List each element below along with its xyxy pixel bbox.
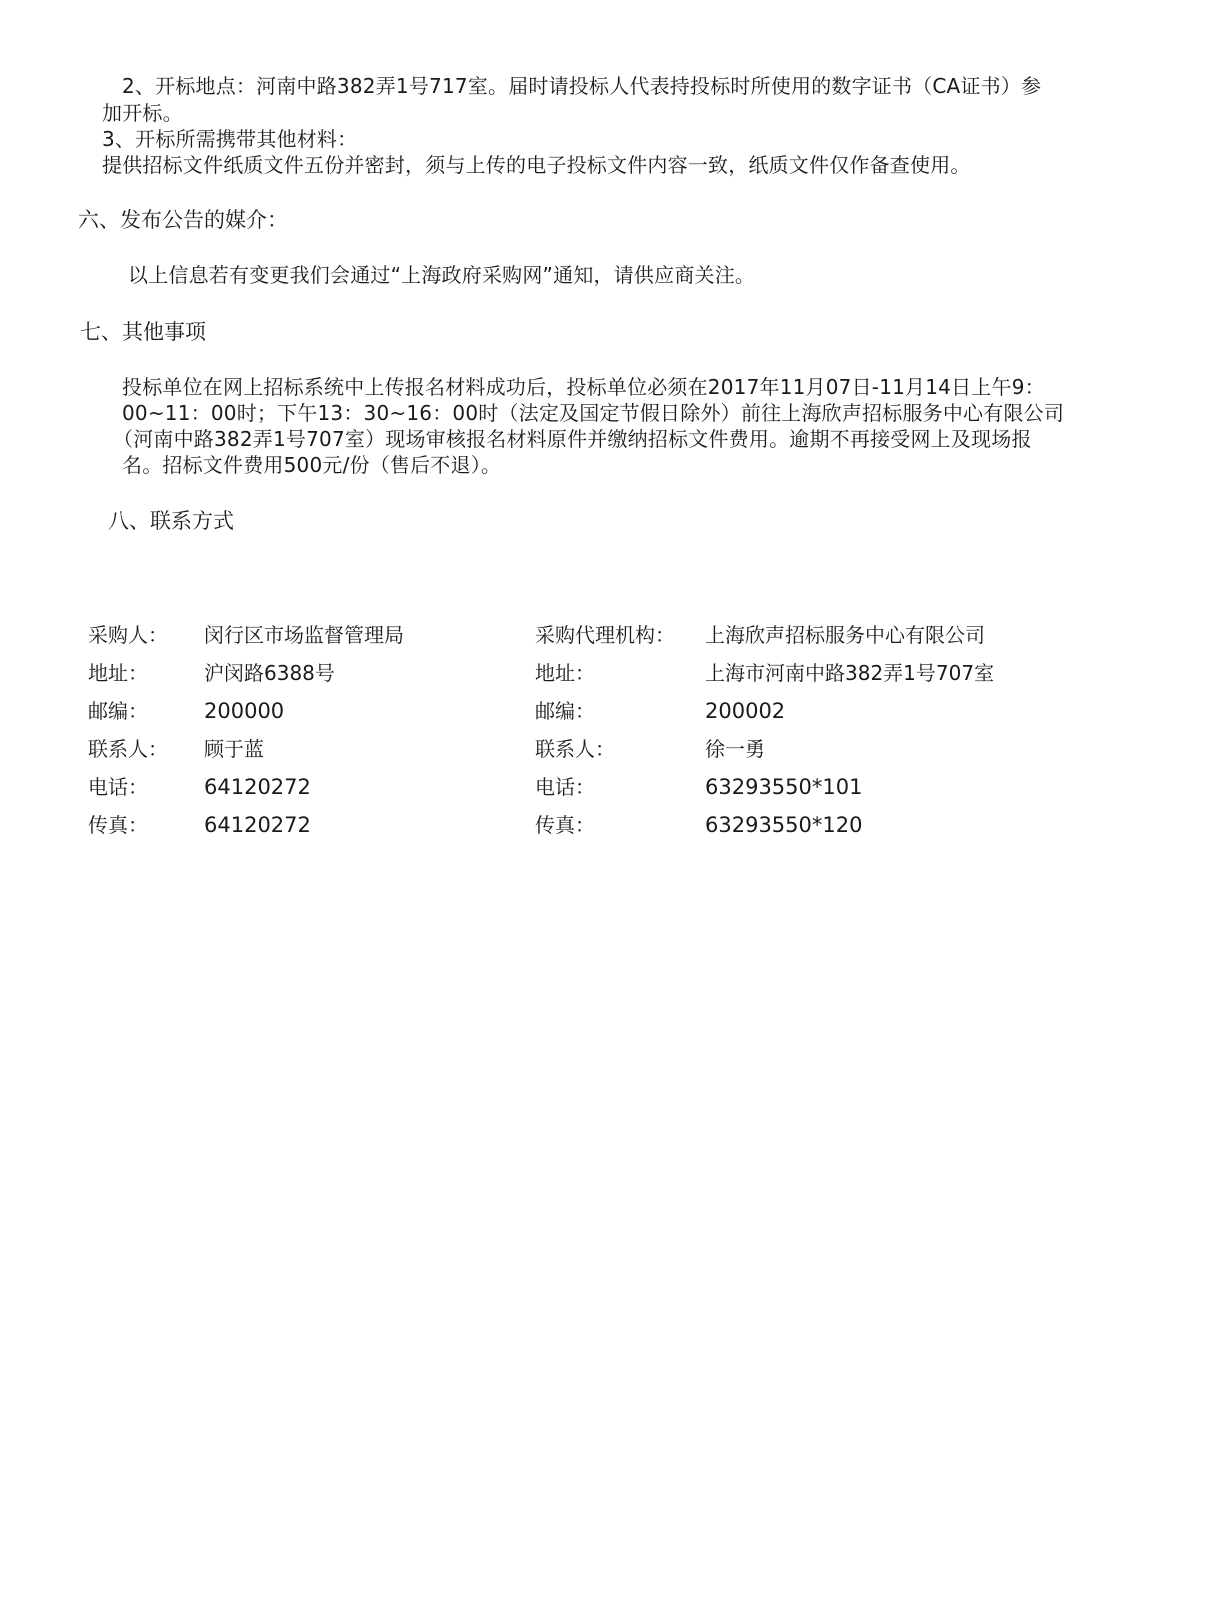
purchaser-row-postcode: 邮编： 200000 xyxy=(88,698,508,724)
purchaser-row-phone: 电话： 64120272 xyxy=(88,774,508,800)
fax-label: 传真： xyxy=(535,812,595,838)
contact-value: 顾于蓝 xyxy=(204,736,264,762)
section7-heading: 七、其他事项 xyxy=(80,318,206,346)
section7-line: （河南中路382弄1号707室）现场审核报名材料原件并缴纳招标文件费用。逾期不再… xyxy=(113,426,1032,452)
purchaser-label: 采购人： xyxy=(88,622,168,648)
fax-label: 传真： xyxy=(88,812,148,838)
address-value: 上海市河南中路382弄1号707室 xyxy=(705,660,994,686)
postcode-label: 邮编： xyxy=(88,698,148,724)
agency-label: 采购代理机构： xyxy=(535,622,675,648)
section7-line: 00~11：00时；下午13：30~16：00时（法定及国定节假日除外）前往上海… xyxy=(122,400,1064,426)
phone-value: 64120272 xyxy=(204,774,311,800)
address-label: 地址： xyxy=(535,660,595,686)
contact-label: 联系人： xyxy=(88,736,168,762)
purchaser-row-address: 地址： 沪闵路6388号 xyxy=(88,660,508,686)
fax-value: 64120272 xyxy=(204,812,311,838)
fax-value: 63293550*120 xyxy=(705,812,862,838)
contact-label: 联系人： xyxy=(535,736,615,762)
section8-heading: 八、联系方式 xyxy=(108,507,234,535)
postcode-value: 200000 xyxy=(204,698,284,724)
agency-row-name: 采购代理机构： 上海欣声招标服务中心有限公司 xyxy=(535,622,1055,648)
agency-value: 上海欣声招标服务中心有限公司 xyxy=(705,622,985,648)
agency-row-phone: 电话： 63293550*101 xyxy=(535,774,1055,800)
item3-title: 3、开标所需携带其他材料： xyxy=(102,126,357,152)
document-page: 2、开标地点：河南中路382弄1号717室。届时请投标人代表持投标时所使用的数字… xyxy=(0,0,1212,1600)
address-value: 沪闵路6388号 xyxy=(204,660,335,686)
agency-row-contact: 联系人： 徐一勇 xyxy=(535,736,1055,762)
postcode-value: 200002 xyxy=(705,698,785,724)
contact-value: 徐一勇 xyxy=(705,736,765,762)
item2-line2: 加开标。 xyxy=(102,100,183,126)
phone-label: 电话： xyxy=(88,774,148,800)
purchaser-row-name: 采购人： 闵行区市场监督管理局 xyxy=(88,622,508,648)
section7-line: 投标单位在网上招标系统中上传报名材料成功后，投标单位必须在2017年11月07日… xyxy=(122,374,1045,400)
section6-body: 以上信息若有变更我们会通过“上海政府采购网”通知，请供应商关注。 xyxy=(128,262,755,288)
purchaser-row-contact: 联系人： 顾于蓝 xyxy=(88,736,508,762)
agency-row-postcode: 邮编： 200002 xyxy=(535,698,1055,724)
agency-row-address: 地址： 上海市河南中路382弄1号707室 xyxy=(535,660,1055,686)
agency-row-fax: 传真： 63293550*120 xyxy=(535,812,1055,838)
address-label: 地址： xyxy=(88,660,148,686)
purchaser-row-fax: 传真： 64120272 xyxy=(88,812,508,838)
item2-line1: 2、开标地点：河南中路382弄1号717室。届时请投标人代表持投标时所使用的数字… xyxy=(122,73,1041,99)
section7-line: 名。招标文件费用500元/份（售后不退）。 xyxy=(122,452,501,478)
phone-value: 63293550*101 xyxy=(705,774,862,800)
section6-heading: 六、发布公告的媒介： xyxy=(78,206,288,234)
phone-label: 电话： xyxy=(535,774,595,800)
purchaser-value: 闵行区市场监督管理局 xyxy=(204,622,404,648)
item3-body: 提供招标文件纸质文件五份并密封，须与上传的电子投标文件内容一致，纸质文件仅作备查… xyxy=(102,152,971,178)
postcode-label: 邮编： xyxy=(535,698,595,724)
